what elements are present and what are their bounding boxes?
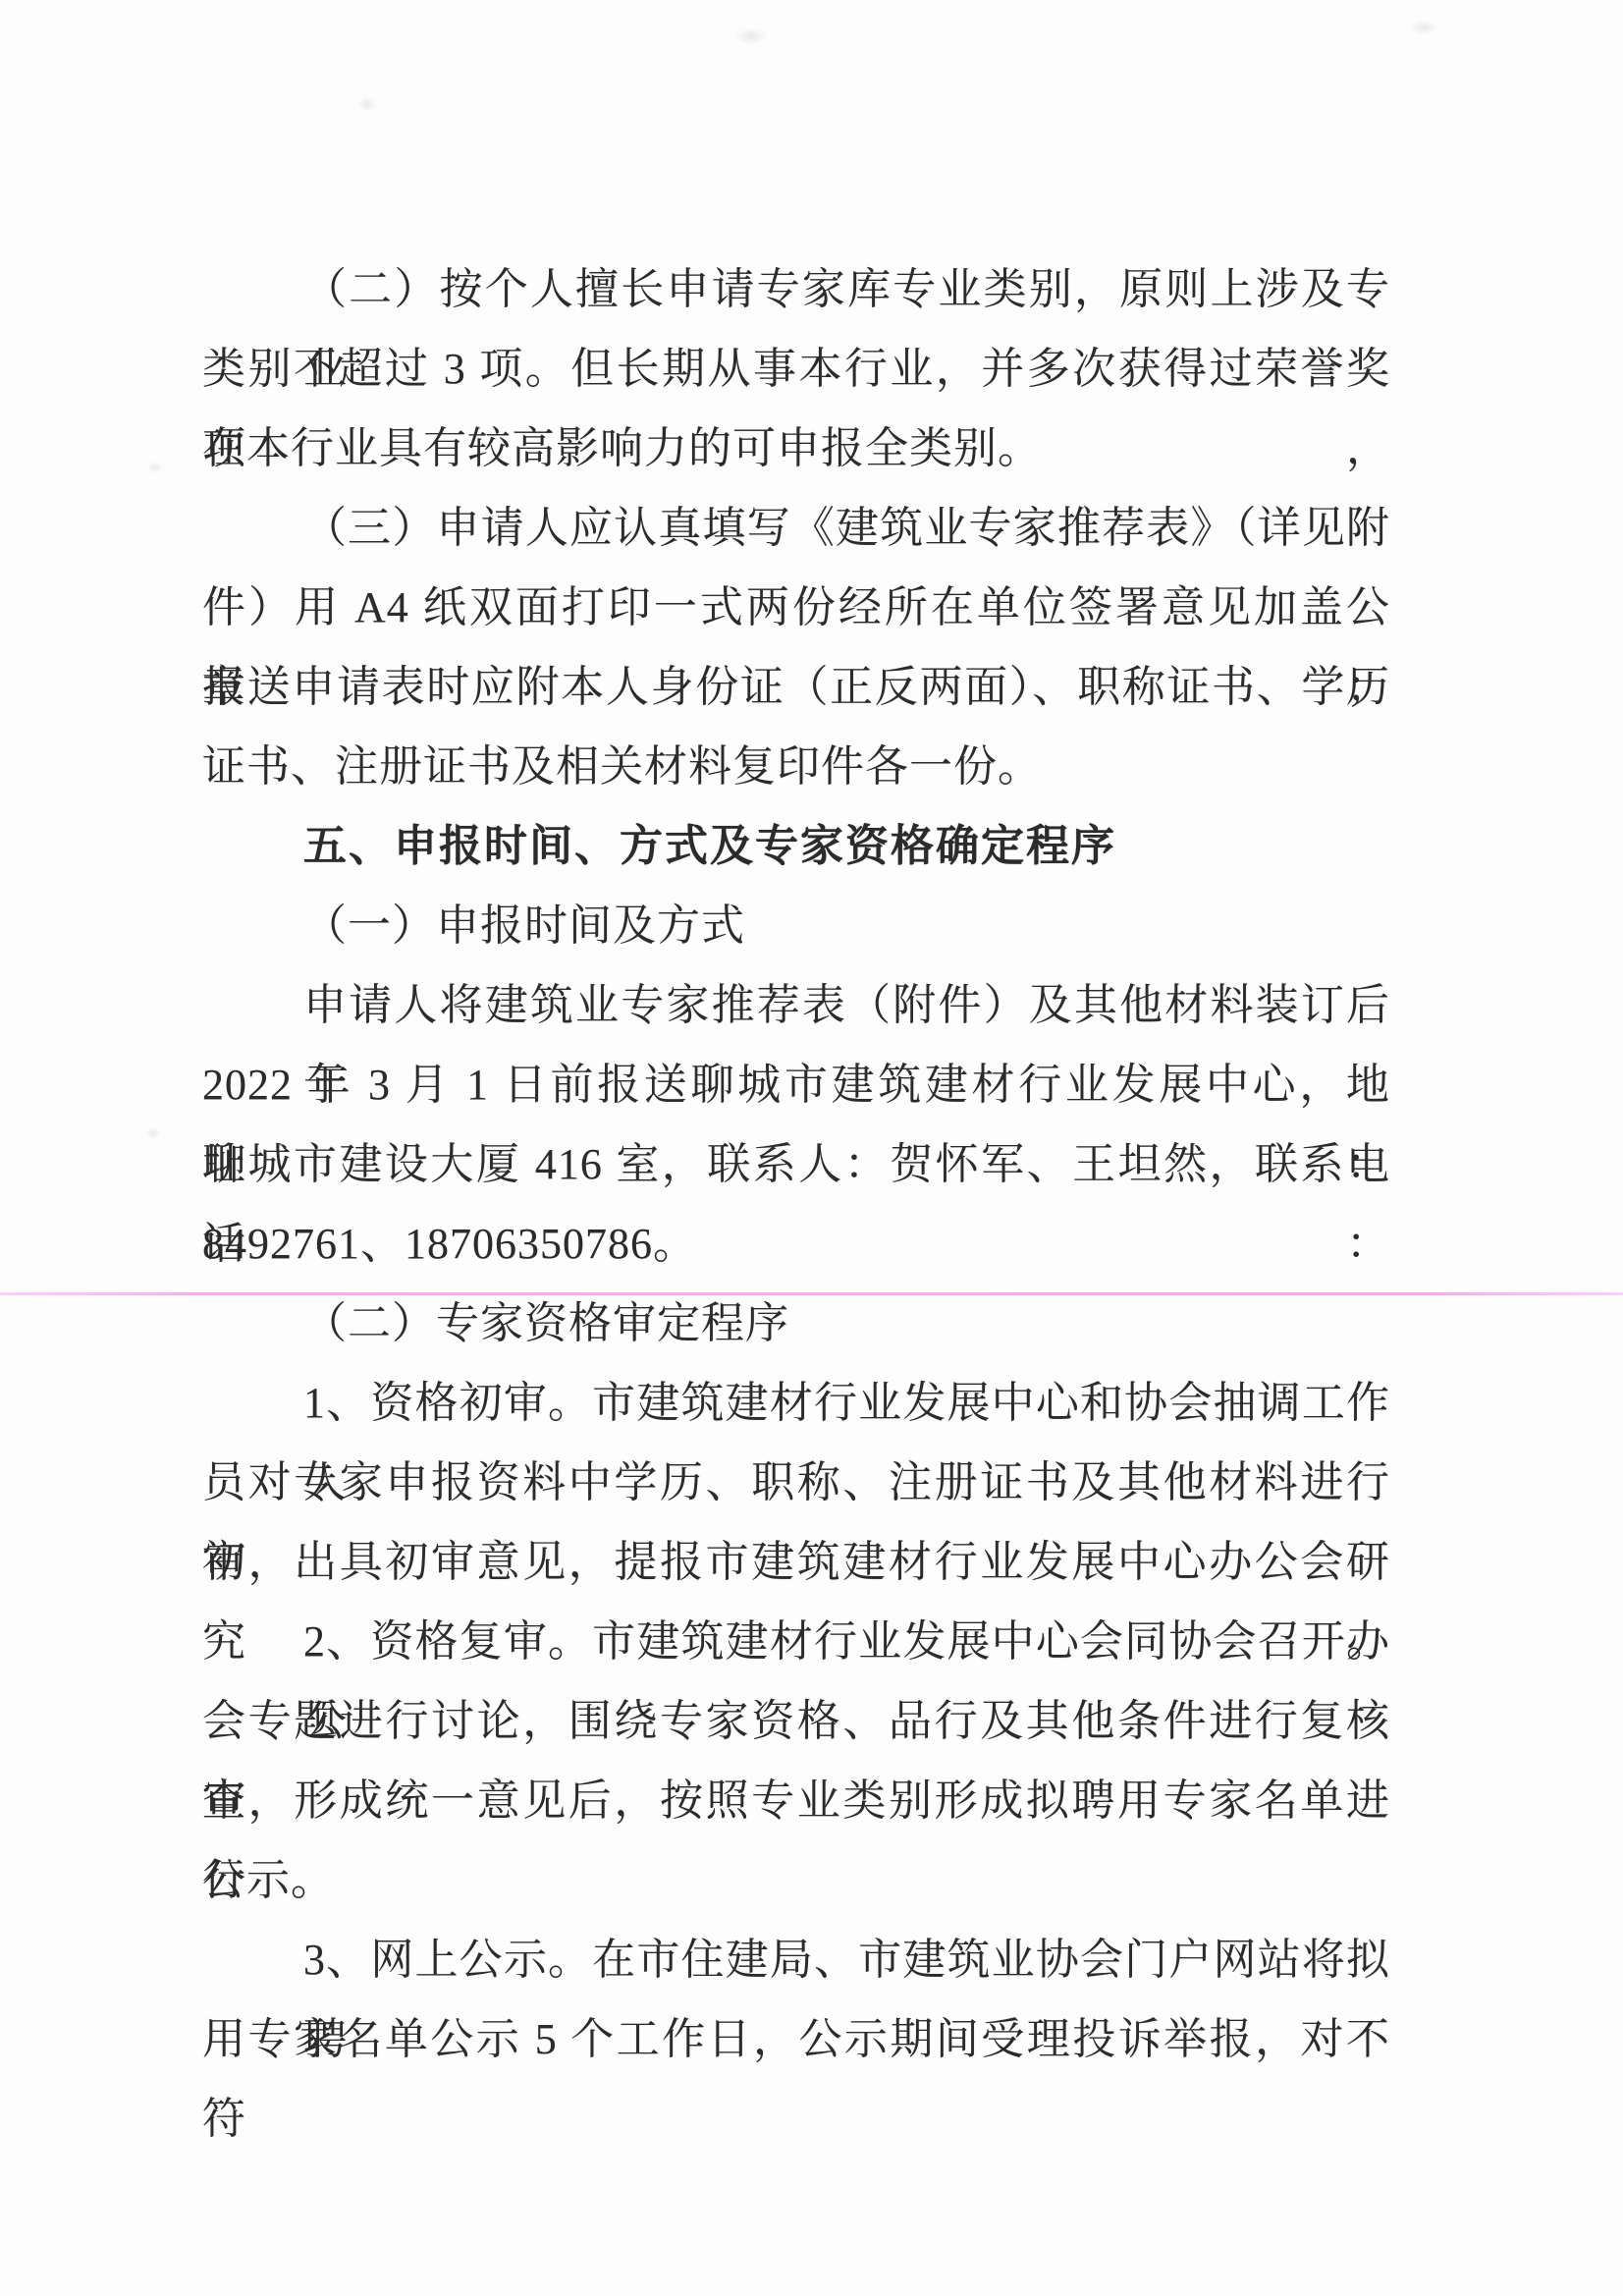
doc-line: 审，出具初审意见，提报市建筑建材行业发展中心办公会研究。 — [202, 1522, 1390, 1602]
scan-smudge — [147, 462, 163, 473]
doc-line: 员对专家申报资料中学历、职称、注册证书及其他材料进行初 — [202, 1443, 1390, 1522]
doc-line: 类别不超过 3 项。但长期从事本行业，并多次获得过荣誉奖项， — [202, 329, 1390, 409]
document-text-block: （二）按个人擅长申请专家库专业类别，原则上涉及专业 类别不超过 3 项。但长期从… — [202, 249, 1390, 2079]
paragraph-submission-details: 申请人将建筑业专家推荐表（附件）及其他材料装订后于 2022 年 3 月 1 日… — [202, 965, 1390, 1284]
doc-line: 2、资格复审。市建筑建材行业发展中心会同协会召开办公 — [202, 1602, 1390, 1681]
doc-line: （二）按个人擅长申请专家库专业类别，原则上涉及专业 — [202, 249, 1390, 329]
doc-line: 公示。 — [202, 1840, 1390, 1920]
paragraph-item2-categories: （二）按个人擅长申请专家库专业类别，原则上涉及专业 类别不超过 3 项。但长期从… — [202, 249, 1390, 488]
doc-line: （三）申请人应认真填写《建筑业专家推荐表》（详见附 — [202, 488, 1390, 568]
doc-line: 证书、注册证书及相关材料复印件各一份。 — [202, 727, 1390, 806]
doc-line: 3、网上公示。在市住建局、市建筑业协会门户网站将拟聘 — [202, 1920, 1390, 1999]
scanned-document-page: （二）按个人擅长申请专家库专业类别，原则上涉及专业 类别不超过 3 项。但长期从… — [0, 0, 1623, 2296]
scan-smudge — [1410, 20, 1437, 35]
doc-line: 会专题进行讨论，围绕专家资格、品行及其他条件进行复核审 — [202, 1681, 1390, 1761]
doc-line: 申请人将建筑业专家推荐表（附件）及其他材料装订后于 — [202, 965, 1390, 1045]
doc-line: 用专家名单公示 5 个工作日，公示期间受理投诉举报，对不符 — [202, 1999, 1390, 2079]
scan-smudge — [145, 1127, 161, 1139]
subheading-2-review-procedure: （二）专家资格审定程序 — [202, 1284, 1390, 1363]
scan-smudge — [734, 27, 768, 45]
doc-line: （二）专家资格审定程序 — [202, 1284, 1390, 1363]
doc-line: 聊城市建设大厦 416 室，联系人：贺怀军、王坦然，联系电话： — [202, 1124, 1390, 1204]
doc-line: 查，形成统一意见后，按照专业类别形成拟聘用专家名单进行 — [202, 1761, 1390, 1840]
doc-line: 报送申请表时应附本人身份证（正反两面）、职称证书、学历 — [202, 647, 1390, 727]
section-heading: 五、申报时间、方式及专家资格确定程序 — [202, 806, 1390, 886]
doc-line: 件）用 A4 纸双面打印一式两份经所在单位签署意见加盖公章； — [202, 568, 1390, 647]
heading-section5: 五、申报时间、方式及专家资格确定程序 — [202, 806, 1390, 886]
paragraph-online-publicity: 3、网上公示。在市住建局、市建筑业协会门户网站将拟聘 用专家名单公示 5 个工作… — [202, 1920, 1390, 2079]
scan-smudge — [357, 96, 377, 112]
paragraph-item3-form-filling: （三）申请人应认真填写《建筑业专家推荐表》（详见附 件）用 A4 纸双面打印一式… — [202, 488, 1390, 806]
paragraph-preliminary-review: 1、资格初审。市建筑建材行业发展中心和协会抽调工作人 员对专家申报资料中学历、职… — [202, 1363, 1390, 1602]
doc-line: （一）申报时间及方式 — [202, 886, 1390, 965]
subheading-1-time-and-method: （一）申报时间及方式 — [202, 886, 1390, 965]
doc-line: 1、资格初审。市建筑建材行业发展中心和协会抽调工作人 — [202, 1363, 1390, 1443]
doc-line: 2022 年 3 月 1 日前报送聊城市建筑建材行业发展中心，地址： — [202, 1045, 1390, 1124]
paragraph-second-review: 2、资格复审。市建筑建材行业发展中心会同协会召开办公 会专题进行讨论，围绕专家资… — [202, 1602, 1390, 1920]
